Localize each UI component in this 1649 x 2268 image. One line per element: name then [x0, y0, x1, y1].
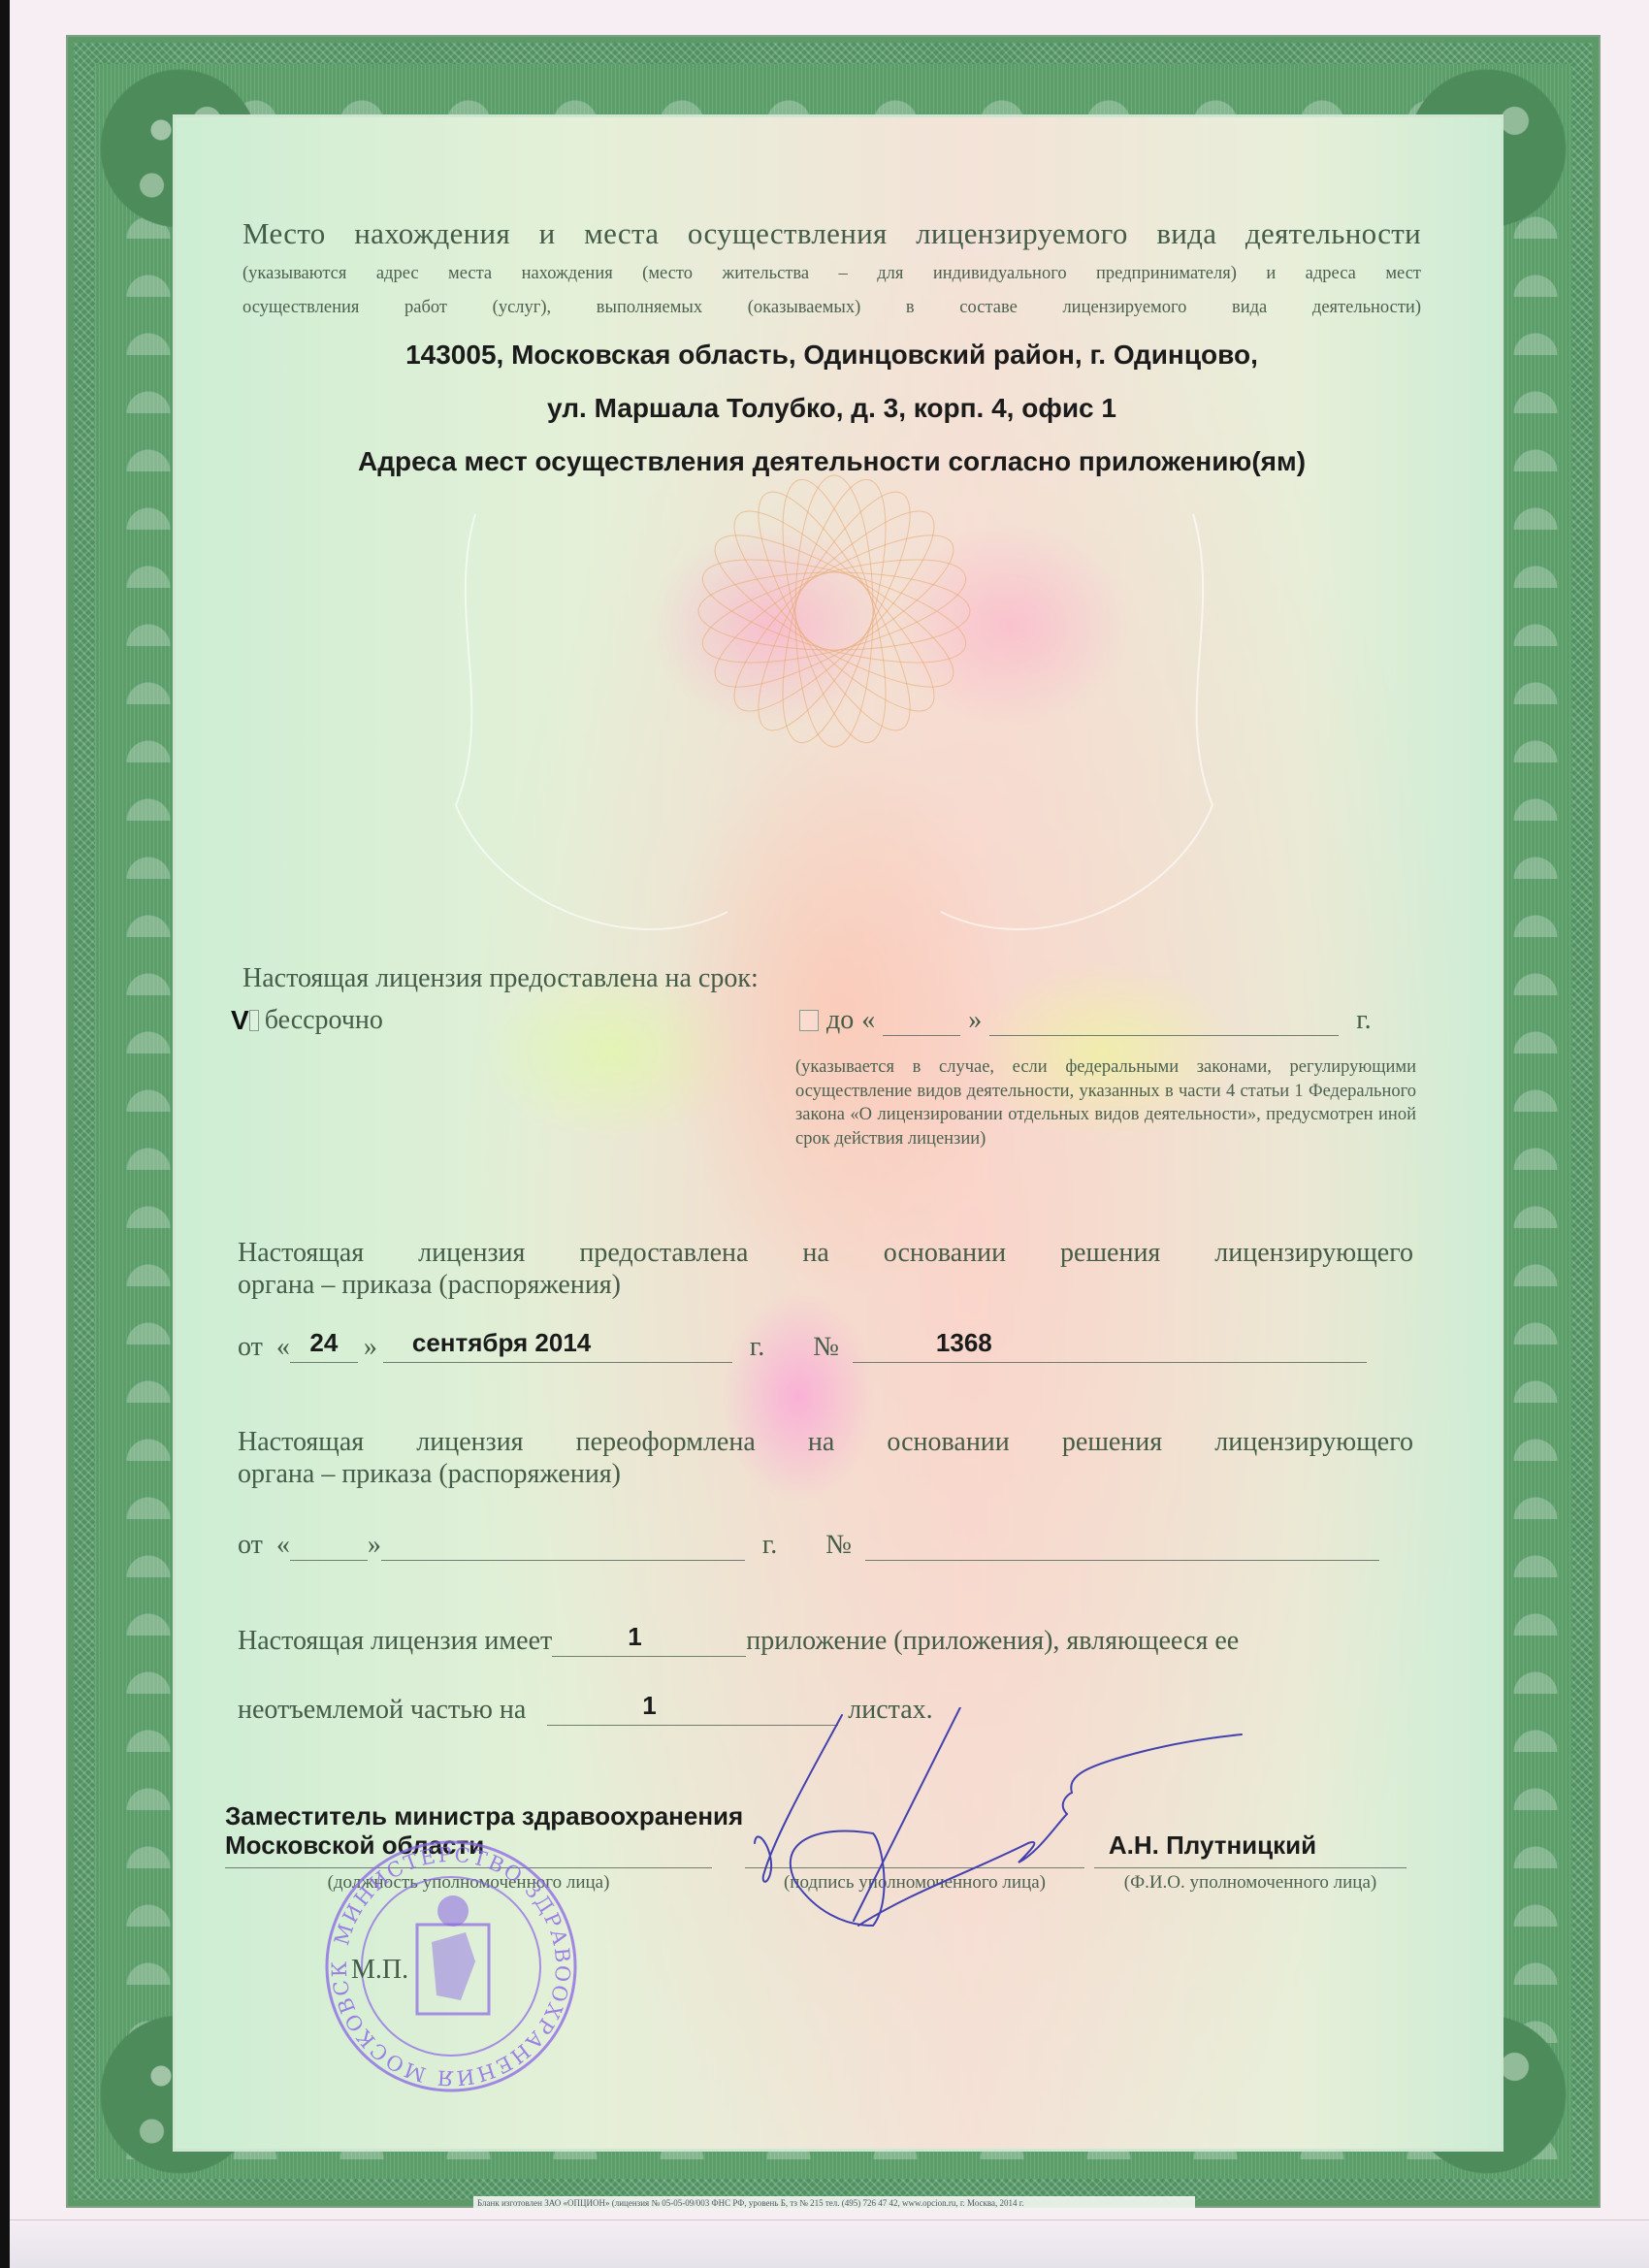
number-label: № [813, 1332, 839, 1363]
reissue-order-row: от « » г. № [238, 1529, 1413, 1561]
scan-bottom-margin [10, 2219, 1649, 2268]
grant-number-field[interactable]: 1368 [853, 1331, 1367, 1363]
until-prefix: до [826, 1005, 854, 1036]
close-quote: » [968, 1005, 982, 1036]
reissue-month-year-field[interactable] [381, 1529, 745, 1561]
signature-line [745, 1867, 1084, 1868]
reissue-line2: органа – приказа (распоряжения) [238, 1459, 621, 1489]
grant-line2: органа – приказа (распоряжения) [238, 1270, 621, 1300]
grant-line1: Настоящая лицензия предоставлена на осно… [238, 1237, 1413, 1269]
grant-month-year-field[interactable]: сентября 2014 [383, 1331, 732, 1363]
perpetual-checkbox[interactable] [249, 1010, 259, 1031]
year-suffix: г. [1356, 1005, 1371, 1036]
open-quote: « [276, 1332, 290, 1363]
checkmark-icon[interactable]: V [231, 1005, 249, 1036]
grant-order-row: от « 24 » сентября 2014 г. № 1368 [238, 1331, 1413, 1363]
grant-text: Настоящая лицензия предоставлена на осно… [238, 1237, 1413, 1301]
appendix-text2: приложение (приложения), являющееся ее [746, 1626, 1239, 1657]
appendix-text3: неотъемлемой частью на [238, 1695, 526, 1726]
appendix-text4: листах. [848, 1695, 932, 1726]
from-label: от [238, 1332, 263, 1363]
close-quote: » [368, 1530, 381, 1561]
appendix-sheets: 1 [547, 1691, 838, 1721]
location-hint-line1: (указываются адрес места нахождения (мес… [242, 264, 1421, 284]
reissue-line1: Настоящая лицензия переоформлена на осно… [238, 1426, 1413, 1458]
appendix-text1: Настоящая лицензия имеет [238, 1626, 552, 1657]
grant-day: 24 [290, 1328, 358, 1358]
address-line2: ул. Маршала Толубко, д. 3, корп. 4, офис… [242, 393, 1421, 424]
year-suffix: г. [762, 1530, 777, 1561]
until-option[interactable]: до « » г. [799, 1005, 1410, 1036]
scan-edge [0, 0, 10, 2268]
open-quote: « [276, 1530, 290, 1561]
printer-note: Бланк изготовлен ЗАО «ОПЦИОН» (лицензия … [473, 2196, 1195, 2210]
signature-caption: (подпись уполномоченного лица) [745, 1872, 1084, 1894]
name-line [1094, 1867, 1406, 1868]
position-line [225, 1867, 712, 1868]
term-title: Настоящая лицензия предоставлена на срок… [242, 963, 759, 994]
signer-name: А.Н. Плутницкий [1057, 1831, 1368, 1861]
signer-position: Заместитель министра здравоохранения Мос… [225, 1801, 743, 1860]
appendix-row2: неотъемлемой частью на 1 листах. [238, 1694, 1413, 1726]
until-checkbox[interactable] [799, 1010, 819, 1031]
signer-position-line2: Московской области [225, 1831, 743, 1860]
grant-month-year: сентября 2014 [383, 1328, 732, 1358]
year-suffix: г. [750, 1332, 764, 1363]
address-line3: Адреса мест осуществления деятельности с… [242, 446, 1421, 477]
position-caption: (должность уполномоченного лица) [225, 1872, 712, 1894]
close-quote: » [364, 1332, 377, 1363]
from-label: от [238, 1530, 263, 1561]
appendix-count-field[interactable]: 1 [552, 1625, 746, 1657]
reissue-day-field[interactable] [290, 1529, 368, 1561]
appendix-sheets-field[interactable]: 1 [547, 1694, 838, 1726]
location-hint-line2: осуществления работ (услуг), выполняемых… [242, 298, 1421, 318]
signer-position-line1: Заместитель министра здравоохранения [225, 1801, 743, 1831]
open-quote: « [861, 1005, 875, 1036]
reissue-number-field[interactable] [865, 1529, 1379, 1561]
appendix-count: 1 [552, 1622, 746, 1652]
name-caption: (Ф.И.О. уполномоченного лица) [1094, 1872, 1406, 1894]
seal-label: М.П. [351, 1955, 408, 1986]
grant-day-field[interactable]: 24 [290, 1331, 358, 1363]
location-heading: Место нахождения и места осуществления л… [242, 216, 1421, 251]
until-day-field[interactable] [883, 1012, 960, 1036]
term-note: (указывается в случае, если федеральными… [795, 1055, 1416, 1150]
until-month-year-field[interactable] [989, 1012, 1339, 1036]
perpetual-option[interactable]: V бессрочно [231, 1005, 383, 1036]
perpetual-label: бессрочно [265, 1005, 383, 1036]
reissue-text: Настоящая лицензия переоформлена на осно… [238, 1426, 1413, 1490]
grant-number: 1368 [853, 1328, 1367, 1358]
address-line1: 143005, Московская область, Одинцовский … [242, 340, 1421, 371]
appendix-row1: Настоящая лицензия имеет 1 приложение (п… [238, 1625, 1413, 1657]
number-label: № [825, 1530, 852, 1561]
